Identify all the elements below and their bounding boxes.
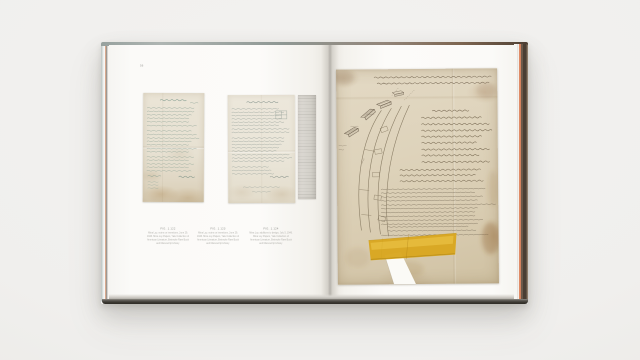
manuscript-additions-to-design	[336, 68, 499, 284]
manuscript-letter-3-partial	[298, 95, 316, 199]
figure-caption-2-text: Mina Loy, notes on inventions, June 29, …	[196, 232, 240, 246]
letter-2-handwriting	[228, 95, 296, 203]
book-bottom-cover-edge	[102, 299, 528, 305]
figure-caption-3: FIG. 1.124 Mina Loy, additions to design…	[249, 227, 293, 267]
letter-1-handwriting	[143, 93, 205, 202]
figure-caption-2-label: FIG. 1.123	[196, 227, 240, 230]
right-page	[330, 45, 514, 299]
figure-caption-3-text: Mina Loy, additions to design, July 5, 1…	[249, 232, 293, 246]
yellow-tape	[368, 233, 456, 260]
figure-caption-1-text: Mina Loy, notes on inventions, June 29, …	[146, 232, 190, 246]
photo-of-open-book: 56 FIG. 1.122 Mina Loy, notes on inventi…	[0, 0, 640, 360]
page-number: 56	[140, 64, 170, 72]
book-fore-edge	[514, 44, 528, 301]
manuscript-diagram-and-tape	[336, 68, 499, 284]
book-left-cover-edge	[101, 43, 109, 302]
figure-caption-1-label: FIG. 1.122	[146, 227, 190, 230]
figure-caption-3-label: FIG. 1.124	[249, 227, 293, 230]
arc-diagram	[358, 105, 411, 236]
brush-attachment-sketches	[338, 83, 415, 164]
figure-caption-2: FIG. 1.123 Mina Loy, notes on inventions…	[196, 227, 240, 267]
figure-caption-1: FIG. 1.122 Mina Loy, notes on inventions…	[146, 227, 190, 267]
manuscript-letter-1	[143, 93, 205, 202]
manuscript-letter-2	[228, 95, 296, 203]
left-page: 56 FIG. 1.122 Mina Loy, notes on inventi…	[109, 45, 330, 299]
